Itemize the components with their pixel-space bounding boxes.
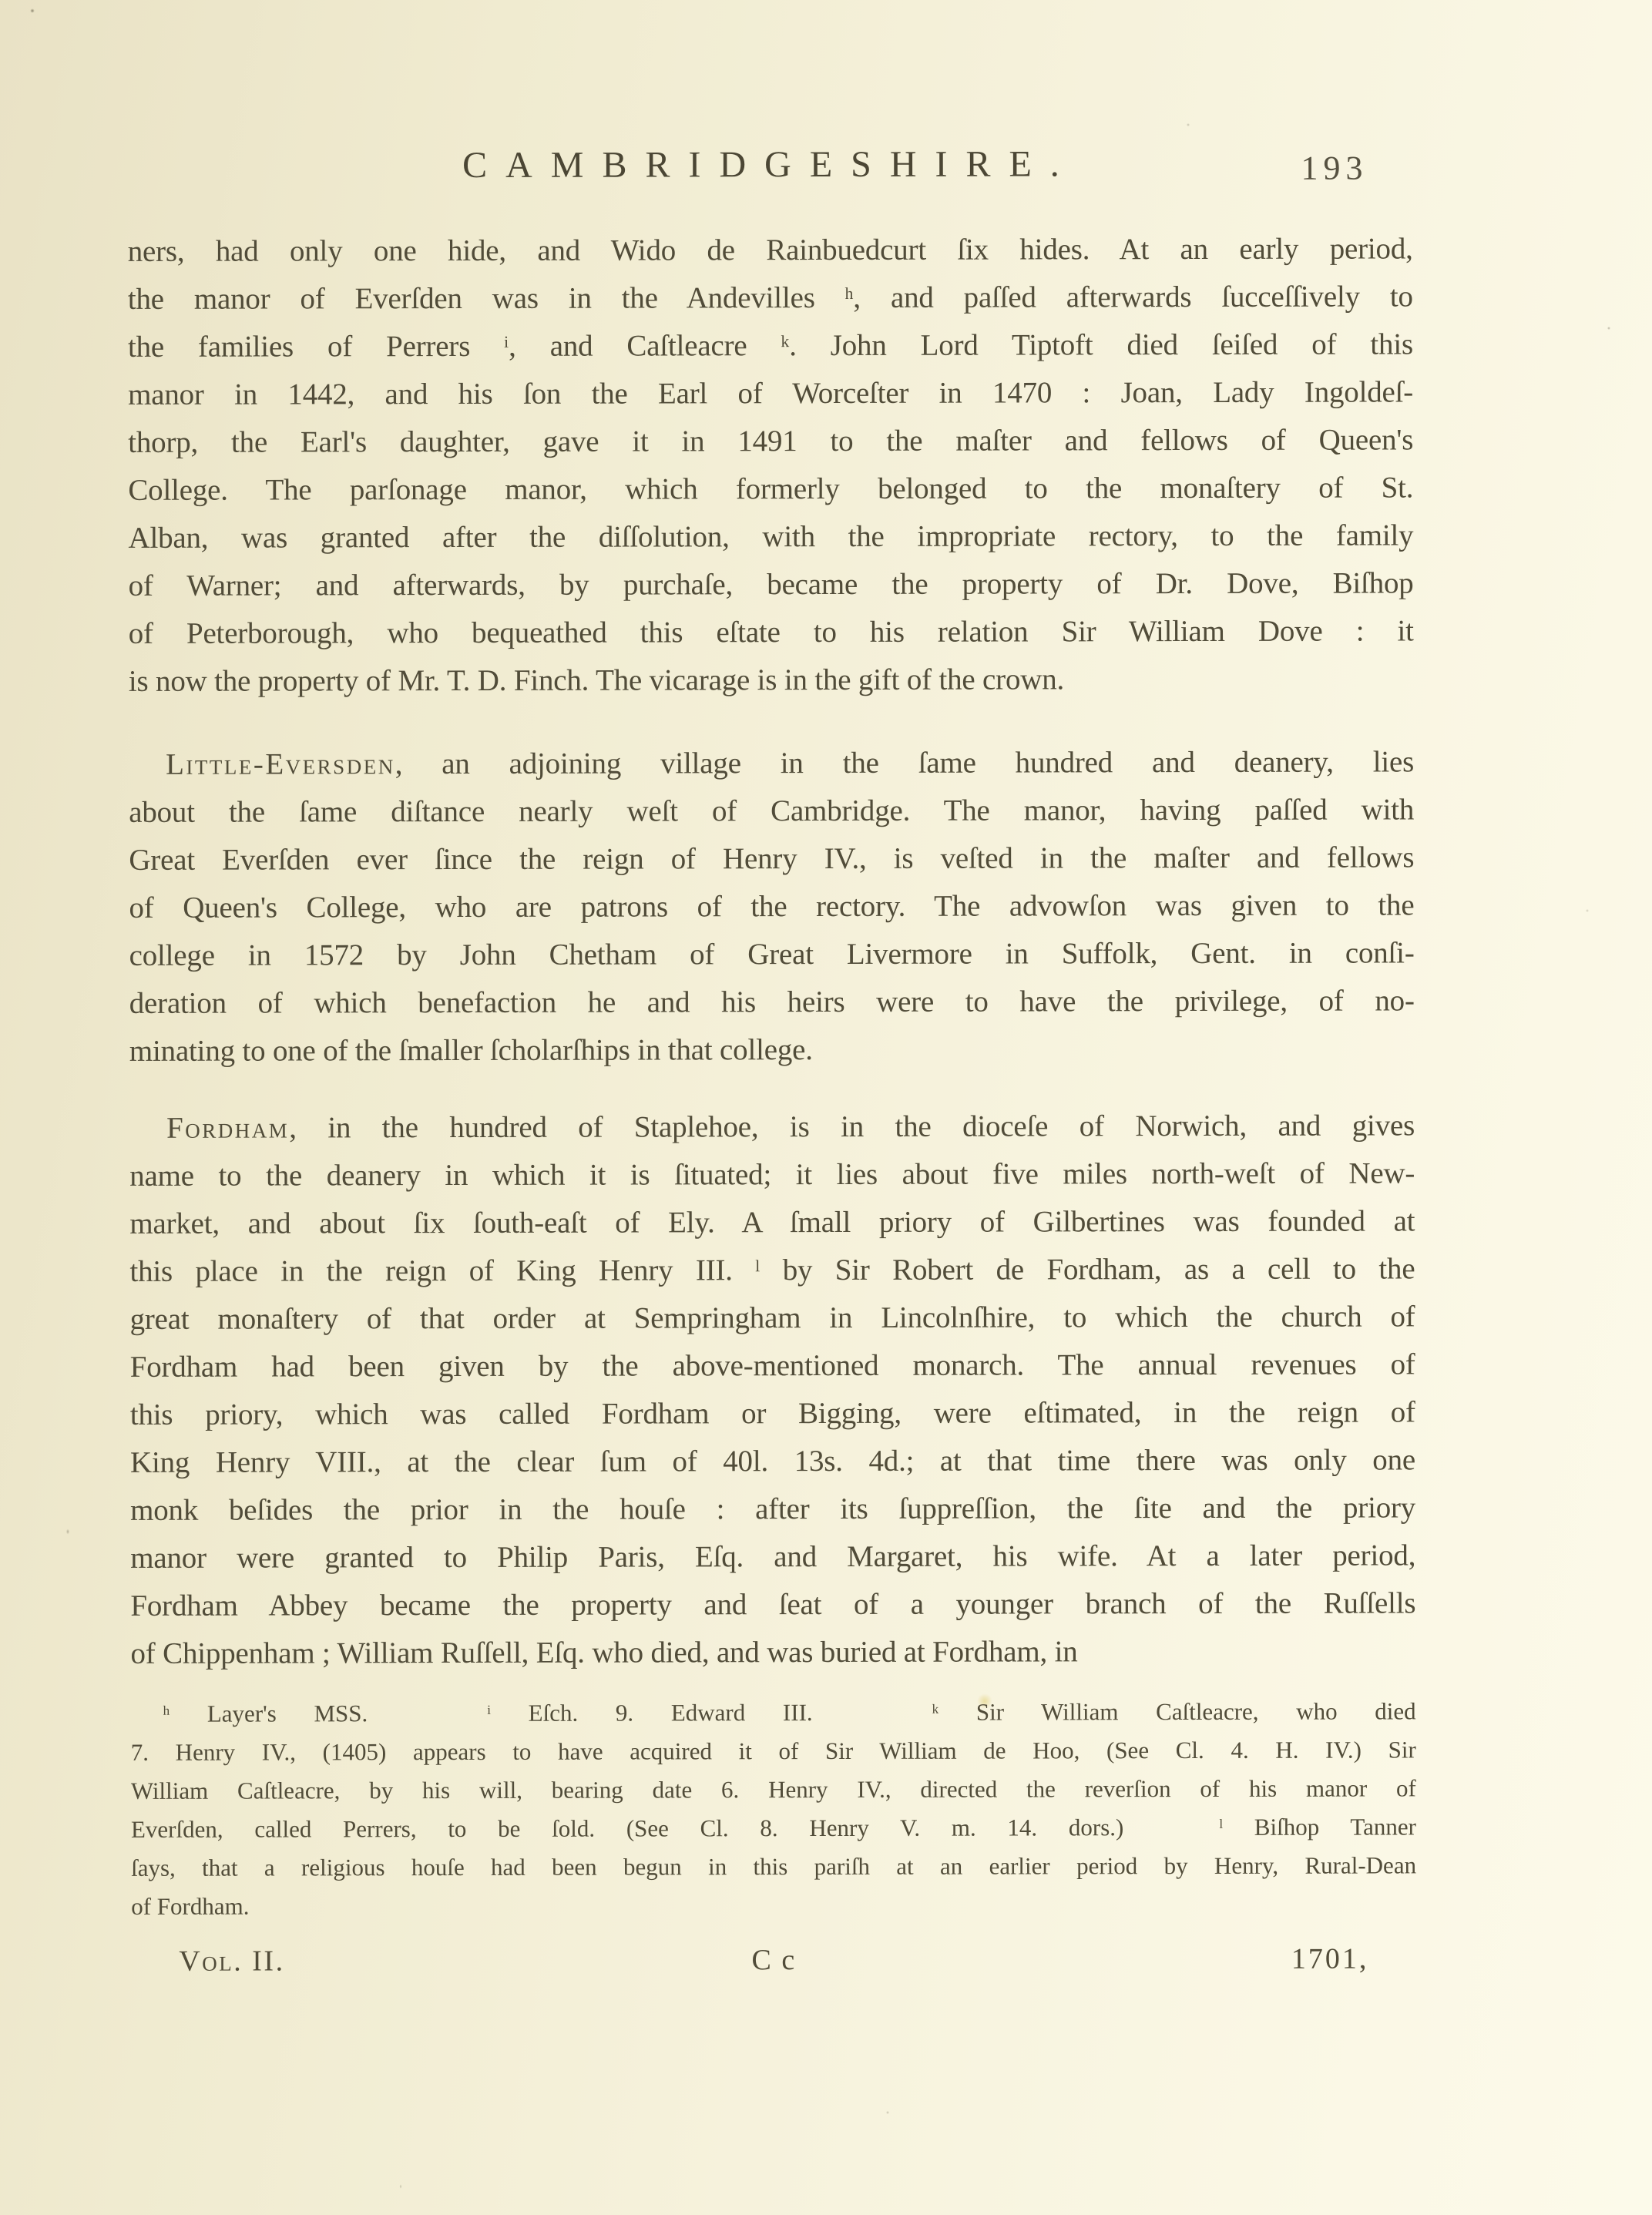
footnote-marker: l (1219, 1817, 1223, 1831)
footnote-marker: i (487, 1703, 491, 1717)
footnote-marker: i (504, 333, 509, 351)
footnote-line: William Caſtleacre, by his will, bearing… (131, 1769, 1416, 1810)
footnote-marker: h (845, 284, 854, 303)
text-line: ners, had only one hide, and Wido de Rai… (128, 225, 1413, 275)
footnote-line: h Layer's MSS. i Eſch. 9. Edward III. k … (131, 1692, 1416, 1733)
text-line: Fordham Abbey became the property and ſe… (130, 1579, 1415, 1629)
text-line: King Henry VIII., at the clear ſum of 40… (130, 1436, 1415, 1486)
paragraph: ners, had only one hide, and Wido de Rai… (128, 225, 1414, 705)
text-line: manor were granted to Philip Paris, Eſq.… (130, 1532, 1415, 1582)
signature-mark: C c (131, 1941, 1416, 1978)
footnote-block: h Layer's MSS. i Eſch. 9. Edward III. k … (131, 1692, 1417, 1925)
text-line: of Peterborough, who bequeathed this eſt… (129, 607, 1414, 657)
text-line: manor in 1442, and his ſon the Earl of W… (128, 368, 1413, 418)
footnote-line: ſays, that a religious houſe had been be… (131, 1846, 1416, 1887)
text-line: Fordham had been given by the above-ment… (130, 1341, 1415, 1391)
footnote-line: Everſden, called Perrers, to be ſold. (S… (131, 1807, 1416, 1848)
text-line: great monaſtery of that order at Semprin… (130, 1293, 1415, 1343)
volume-label: Vol. II. (179, 1944, 284, 1978)
text-line: about the ſame diſtance nearly weſt of C… (129, 786, 1414, 836)
text-line: college in 1572 by John Chetham of Great… (129, 929, 1415, 979)
text-line: market, and about ſix ſouth-eaſt of Ely.… (129, 1197, 1415, 1247)
text-line: deration of which benefaction he and his… (129, 977, 1415, 1027)
footnote-marker: k (932, 1702, 939, 1717)
paragraph: Fordham, in the hundred of Staplehoe, is… (129, 1102, 1416, 1677)
text-line: Great Everſden ever ſince the reign of H… (129, 834, 1414, 884)
text-line: this place in the reign of King Henry II… (129, 1245, 1415, 1295)
small-caps-name: Little-Eversden (166, 747, 395, 781)
text-line: this priory, which was called Fordham or… (130, 1388, 1415, 1438)
text-line: name to the deanery in which it is ſitua… (129, 1149, 1415, 1200)
footnote-line: 7. Henry IV., (1405) appears to have acq… (131, 1730, 1416, 1771)
footnote-marker: l (755, 1257, 760, 1275)
text-line: College. The parſonage manor, which form… (128, 464, 1413, 514)
small-caps-name: Fordham (166, 1111, 289, 1144)
footnote-marker: h (163, 1703, 170, 1718)
paragraph: Little-Eversden, an adjoining village in… (129, 738, 1415, 1075)
text-line: Fordham, in the hundred of Staplehoe, is… (129, 1102, 1415, 1152)
text-line: the manor of Everſden was in the Andevil… (128, 273, 1413, 323)
text-line: the families of Perrers i, and Caſtleacr… (128, 321, 1413, 371)
text-line: of Queen's College, who are patrons of t… (129, 881, 1414, 931)
page-content: CAMBRIDGESHIRE. 193 ners, had only one h… (0, 0, 1652, 2215)
text-line: thorp, the Earl's daughter, gave it in 1… (128, 416, 1413, 466)
text-line: of Warner; and afterwards, by purchaſe, … (129, 559, 1414, 609)
text-line: is now the property of Mr. T. D. Finch. … (129, 655, 1414, 705)
text-line: minating to one of the ſmaller ſcholarſh… (129, 1025, 1415, 1075)
catchword: 1701, (1291, 1942, 1369, 1976)
footnote-marker: k (781, 332, 789, 351)
text-line: Little-Eversden, an adjoining village in… (129, 738, 1414, 788)
text-line: Alban, was granted after the diſſolution… (128, 512, 1413, 562)
text-line: monk beſides the prior in the houſe : af… (130, 1484, 1415, 1534)
book-page: CAMBRIDGESHIRE. 193 ners, had only one h… (0, 0, 1652, 2215)
text-line: of Chippenham ; William Ruſſell, Eſq. wh… (130, 1627, 1415, 1677)
footnote-line: of Fordham. (131, 1884, 1416, 1925)
page-footer: C c Vol. II. 1701, (131, 1941, 1416, 1993)
